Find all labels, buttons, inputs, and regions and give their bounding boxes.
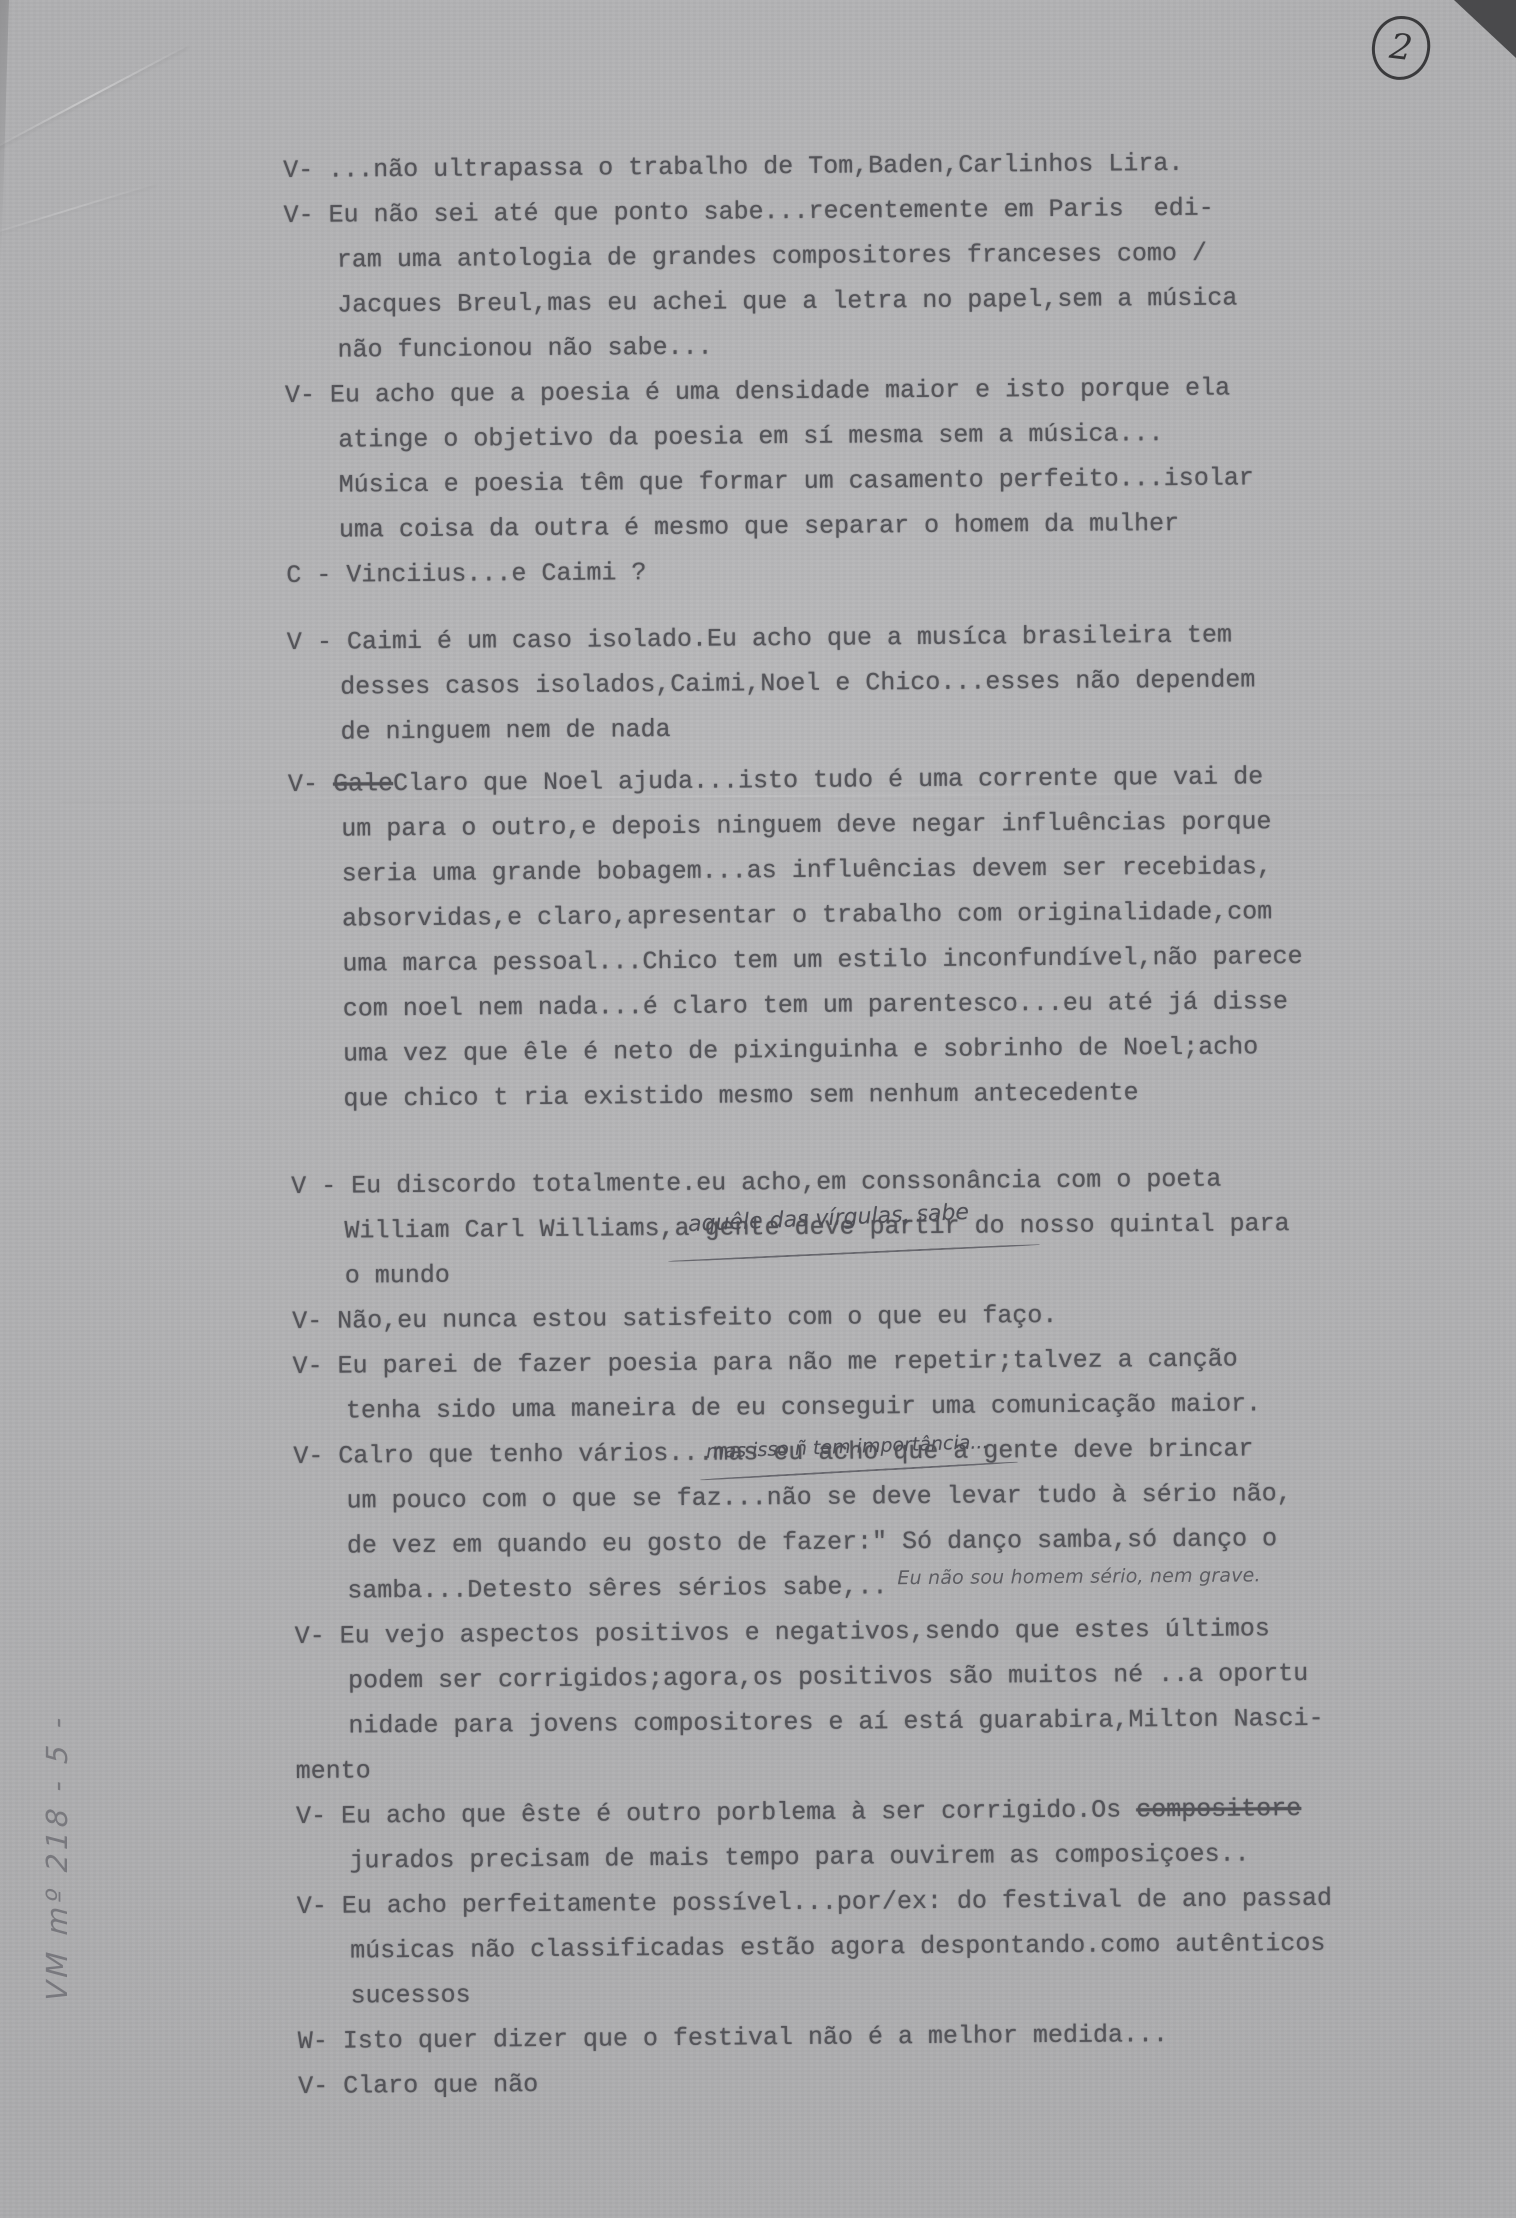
handwritten-inline-note: Eu não sou homem sério, nem grave. xyxy=(897,1564,1261,1589)
typed-text: seria uma grande bobagem...as influência… xyxy=(342,852,1272,888)
typed-line: V- Claro que não xyxy=(298,2054,1516,2109)
typed-text: Música e poesia têm que formar um casame… xyxy=(339,463,1254,499)
typed-text: V- ...não ultrapassa o trabalho de Tom,B… xyxy=(283,149,1183,185)
page-number: 2 xyxy=(1388,27,1415,69)
typed-text: W- Isto quer dizer que o festival não é … xyxy=(298,2020,1168,2056)
typed-text: de ninguem nem de nada xyxy=(340,715,670,747)
typed-text: Jacques Breul,mas eu achei que a letra n… xyxy=(337,284,1237,320)
typed-text: V- Eu acho que êste é outro porblema à s… xyxy=(296,1795,1136,1831)
typed-text: uma coisa da outra é mesmo que separar o… xyxy=(339,509,1179,545)
typed-text: um pouco com o que se faz...não se deve … xyxy=(347,1479,1292,1515)
scanned-typescript-page: 2 V- ...não ultrapassa o trabalho de Tom… xyxy=(0,0,1516,2218)
typed-text: V- Eu parei de fazer poesia para não me … xyxy=(292,1345,1237,1381)
typed-text: músicas não classificadas estão agora de… xyxy=(350,1929,1325,1966)
typed-text: desses casos isolados,Caimi,Noel e Chico… xyxy=(340,665,1255,701)
typed-text: um para o outro,e depois ninguem deve ne… xyxy=(341,807,1271,843)
typed-text: podem ser corrigidos;agora,os positivos … xyxy=(348,1659,1308,1696)
typed-text: não funcionou não sabe... xyxy=(337,333,712,365)
typed-text: V- Não,eu nunca estou satisfeito com o q… xyxy=(292,1301,1057,1336)
typed-text: absorvidas,e claro,apresentar o trabalho… xyxy=(342,897,1272,933)
typed-text: nidade para jovens compositores e aí est… xyxy=(348,1704,1323,1741)
typed-text: com noel nem nada...é claro tem um paren… xyxy=(343,987,1288,1023)
struck-out-text: compositore xyxy=(1136,1794,1301,1824)
typed-text: V- xyxy=(288,770,333,799)
typed-text: V- Eu acho que a poesia é uma densidade … xyxy=(285,374,1230,410)
typed-text: uma marca pessoal...Chico tem um estilo … xyxy=(342,942,1302,979)
typed-text: C - Vinciius...e Caimi ? xyxy=(286,558,646,590)
typed-text: V- Eu não sei até que ponto sabe...recen… xyxy=(283,194,1213,230)
typed-text: sucessos xyxy=(350,1981,470,2011)
page-number-badge: 2 xyxy=(1368,13,1433,84)
archive-margin-note: VM mº 218 - 5 - xyxy=(40,1555,74,2002)
typed-text: que chico t ria existido mesmo sem nenhu… xyxy=(343,1078,1138,1113)
typed-text: V- Claro que não xyxy=(298,2070,538,2101)
typed-text: atinge o objetivo da poesia em sí mesma … xyxy=(338,419,1163,454)
typed-line: que chico t ria existido mesmo sem nenhu… xyxy=(290,1067,1516,1122)
paper-crease xyxy=(0,182,156,239)
typed-text: V - Eu discordo totalmente.eu acho,em co… xyxy=(291,1165,1221,1201)
typed-text: Claro que Noel ajuda...isto tudo é uma c… xyxy=(393,762,1263,798)
struck-out-text: Gale xyxy=(333,769,393,798)
typed-text: o mundo xyxy=(345,1261,450,1291)
typed-text: samba...Detesto sêres sérios sabe,.. xyxy=(347,1572,887,1605)
paper-crease xyxy=(0,44,188,149)
typed-text: uma vez que êle é neto de pixinguinha e … xyxy=(343,1032,1258,1068)
typed-text: V- Eu vejo aspectos positivos e negativo… xyxy=(295,1614,1270,1651)
typescript-lines: V- ...não ultrapassa o trabalho de Tom,B… xyxy=(283,138,1516,2109)
typed-line: C - Vinciius...e Caimi ? xyxy=(286,543,1516,598)
typed-text: jurados precisam de mais tempo para ouvi… xyxy=(349,1839,1249,1875)
typed-text: tenha sido uma maneira de eu conseguir u… xyxy=(346,1389,1261,1425)
typed-line: de ninguem nem de nada xyxy=(287,700,1516,755)
typed-text: V - Caimi é um caso isolado.Eu acho que … xyxy=(287,621,1232,657)
typed-text: mento xyxy=(296,1756,371,1786)
typed-text: V- Eu acho perfeitamente possível...por/… xyxy=(297,1884,1332,1921)
torn-corner-shade xyxy=(1454,0,1516,58)
typed-text: ram uma antologia de grandes compositore… xyxy=(337,239,1207,275)
left-edge-shade xyxy=(0,0,9,300)
typed-text: de vez em quando eu gosto de fazer:" Só … xyxy=(347,1524,1277,1560)
